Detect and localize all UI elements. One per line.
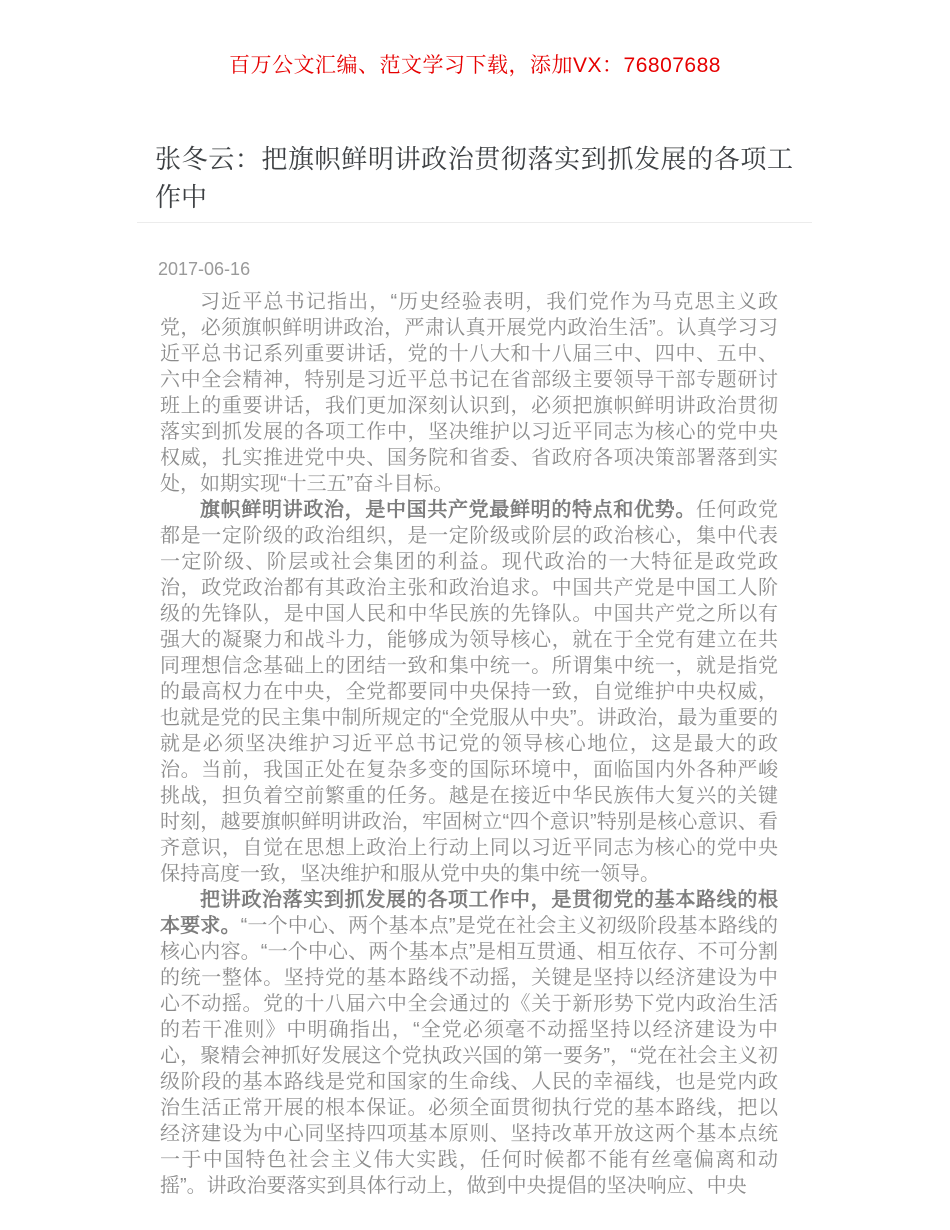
paragraph-lead: 旗帜鲜明讲政治，是中国共产党最鲜明的特点和优势。 (200, 499, 696, 521)
paragraph-text: 习近平总书记指出，“历史经验表明，我们党作为马克思主义政党，必须旗帜鲜明讲政治，… (160, 291, 778, 495)
promo-banner: 百万公文汇编、范文学习下载，添加VX：76807688 (0, 0, 950, 78)
article-paragraph: 把讲政治落实到抓发展的各项工作中，是贯彻党的基本路线的根本要求。“一个中心、两个… (160, 887, 778, 1199)
article-date: 2017-06-16 (158, 257, 812, 281)
article-container: 张冬云：把旗帜鲜明讲政治贯彻落实到抓发展的各项工作中 2017-06-16 习近… (137, 140, 812, 1199)
article-body: 习近平总书记指出，“历史经验表明，我们党作为马克思主义政党，必须旗帜鲜明讲政治，… (137, 289, 812, 1199)
paragraph-text: “一个中心、两个基本点”是党在社会主义初级阶段基本路线的核心内容。“一个中心、两… (160, 915, 778, 1197)
article-paragraph: 旗帜鲜明讲政治，是中国共产党最鲜明的特点和优势。任何政党都是一定阶级的政治组织，… (160, 497, 778, 887)
paragraph-text: 任何政党都是一定阶级的政治组织，是一定阶级或阶层的政治核心，集中代表一定阶级、阶… (160, 499, 778, 885)
title-divider (137, 222, 812, 223)
article-paragraph: 习近平总书记指出，“历史经验表明，我们党作为马克思主义政党，必须旗帜鲜明讲政治，… (160, 289, 778, 497)
page-title: 张冬云：把旗帜鲜明讲政治贯彻落实到抓发展的各项工作中 (155, 140, 793, 216)
